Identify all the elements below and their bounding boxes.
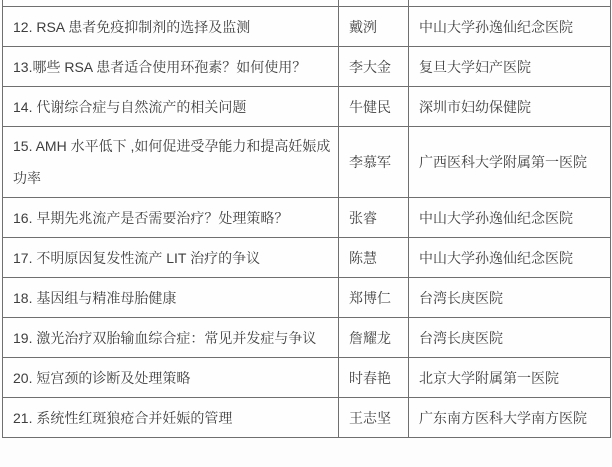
table-row: 17. 不明原因复发性流产 LIT 治疗的争议 陈慧 中山大学孙逸仙纪念医院 xyxy=(3,238,611,278)
topic-cell: 18. 基因组与精准母胎健康 xyxy=(3,278,339,318)
topic-cell: 12. RSA 患者免疫抑制剂的选择及监测 xyxy=(3,7,339,47)
table-row: 14. 代谢综合症与自然流产的相关问题 牛健民 深圳市妇幼保健院 xyxy=(3,87,611,127)
hospital-cell: 复旦大学妇产医院 xyxy=(409,47,611,87)
speaker-cell: 李慕军 xyxy=(339,127,409,198)
hospital-cell: 深圳市妇幼保健院 xyxy=(409,87,611,127)
speaker-cell: 詹耀龙 xyxy=(339,318,409,358)
topic-cell: 16. 早期先兆流产是否需要治疗？处理策略？ xyxy=(3,198,339,238)
speaker-cell: 张睿 xyxy=(339,198,409,238)
hospital-cell: 中山大学孙逸仙纪念医院 xyxy=(409,238,611,278)
table-body: 12. RSA 患者免疫抑制剂的选择及监测 戴洌 中山大学孙逸仙纪念医院 13.… xyxy=(3,0,611,438)
table-row: 15. AMH 水平低下 ,如何促进受孕能力和提高妊娠成功率 李慕军 广西医科大… xyxy=(3,127,611,198)
topic-cell: 20. 短宫颈的诊断及处理策略 xyxy=(3,358,339,398)
speaker-cell: 郑博仁 xyxy=(339,278,409,318)
hospital-cell: 广西医科大学附属第一医院 xyxy=(409,127,611,198)
hospital-cell: 北京大学附属第一医院 xyxy=(409,358,611,398)
topic-cell: 15. AMH 水平低下 ,如何促进受孕能力和提高妊娠成功率 xyxy=(3,127,339,198)
topic-cell: 21. 系统性红斑狼疮合并妊娠的管理 xyxy=(3,398,339,438)
table-row: 19. 激光治疗双胎输血综合症：常见并发症与争议 詹耀龙 台湾长庚医院 xyxy=(3,318,611,358)
hospital-cell: 广东南方医科大学南方医院 xyxy=(409,398,611,438)
speaker-cell: 戴洌 xyxy=(339,7,409,47)
speaker-cell: 牛健民 xyxy=(339,87,409,127)
table-row: 12. RSA 患者免疫抑制剂的选择及监测 戴洌 中山大学孙逸仙纪念医院 xyxy=(3,7,611,47)
table-row: 13.哪些 RSA 患者适合使用环孢素？如何使用？ 李大金 复旦大学妇产医院 xyxy=(3,47,611,87)
topic-cell: 19. 激光治疗双胎输血综合症：常见并发症与争议 xyxy=(3,318,339,358)
hospital-cell: 台湾长庚医院 xyxy=(409,318,611,358)
speaker-cell: 王志坚 xyxy=(339,398,409,438)
table-row: 16. 早期先兆流产是否需要治疗？处理策略？ 张睿 中山大学孙逸仙纪念医院 xyxy=(3,198,611,238)
table-row: 18. 基因组与精准母胎健康 郑博仁 台湾长庚医院 xyxy=(3,278,611,318)
hospital-cell: 中山大学孙逸仙纪念医院 xyxy=(409,7,611,47)
hospital-cell: 中山大学孙逸仙纪念医院 xyxy=(409,198,611,238)
speaker-cell: 李大金 xyxy=(339,47,409,87)
table-row: 20. 短宫颈的诊断及处理策略 时春艳 北京大学附属第一医院 xyxy=(3,358,611,398)
speaker-cell: 时春艳 xyxy=(339,358,409,398)
topic-cell: 14. 代谢综合症与自然流产的相关问题 xyxy=(3,87,339,127)
hospital-cell: 台湾长庚医院 xyxy=(409,278,611,318)
speaker-cell: 陈慧 xyxy=(339,238,409,278)
table-row: 21. 系统性红斑狼疮合并妊娠的管理 王志坚 广东南方医科大学南方医院 xyxy=(3,398,611,438)
conference-program-table: 12. RSA 患者免疫抑制剂的选择及监测 戴洌 中山大学孙逸仙纪念医院 13.… xyxy=(2,0,611,438)
page: 12. RSA 患者免疫抑制剂的选择及监测 戴洌 中山大学孙逸仙纪念医院 13.… xyxy=(0,0,612,467)
topic-cell: 17. 不明原因复发性流产 LIT 治疗的争议 xyxy=(3,238,339,278)
topic-cell: 13.哪些 RSA 患者适合使用环孢素？如何使用？ xyxy=(3,47,339,87)
